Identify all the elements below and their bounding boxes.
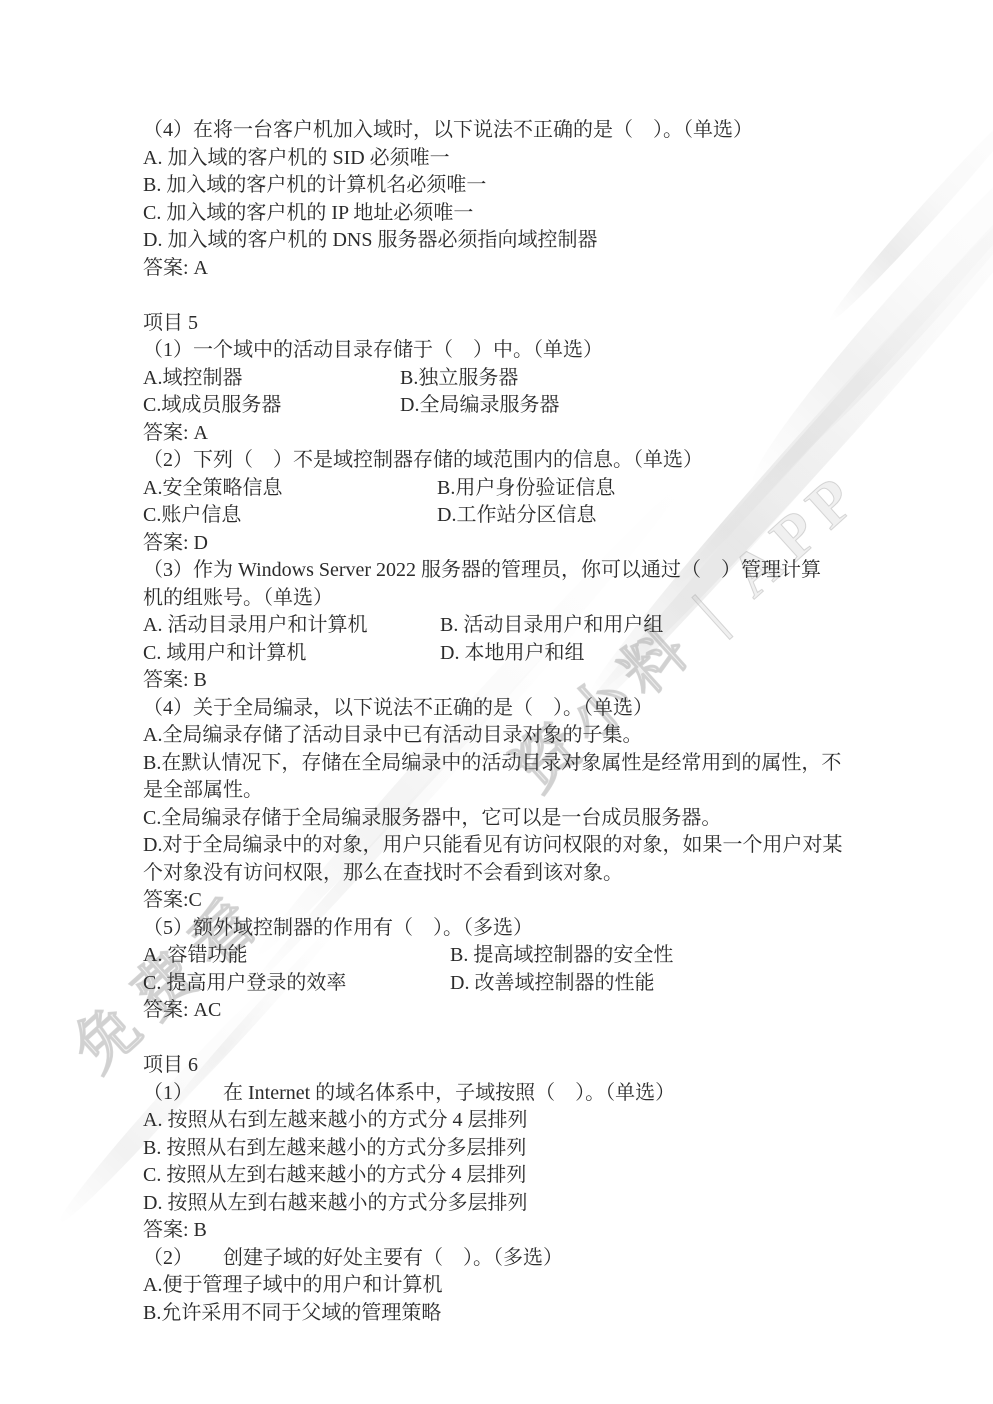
option-row: C. 提高用户登录的效率D. 改善域控制器的性能 — [143, 970, 883, 998]
text-line: 答案: A — [143, 255, 883, 283]
text-line: D. 按照从左到右越来越小的方式分多层排列 — [143, 1190, 883, 1218]
text-line: （4）关于全局编录，以下说法不正确的是（ ）。（单选） — [143, 695, 883, 723]
option-left: C.域成员服务器 — [143, 392, 400, 420]
option-row: A. 活动目录用户和计算机B. 活动目录用户和用户组 — [143, 612, 883, 640]
option-left: A.安全策略信息 — [143, 475, 437, 503]
option-right: B. 活动目录用户和用户组 — [440, 614, 663, 636]
text-line: （1） 在 Internet 的域名体系中，子域按照（ ）。（单选） — [143, 1080, 883, 1108]
text-line: B. 加入域的客户机的计算机名必须唯一 — [143, 172, 883, 200]
option-right: D. 本地用户和组 — [440, 642, 584, 664]
text-line: B.允许采用不同于父域的管理策略 — [143, 1300, 883, 1328]
text-line: B.在默认情况下，存储在全局编录中的活动目录对象属性是经常用到的属性，不 — [143, 750, 883, 778]
text-line: C.全局编录存储于全局编录服务器中，它可以是一台成员服务器。 — [143, 805, 883, 833]
text-line: 答案: D — [143, 530, 883, 558]
option-left: C. 域用户和计算机 — [143, 640, 440, 668]
text-line: D.对于全局编录中的对象，用户只能看见有访问权限的对象，如果一个用户对某 — [143, 832, 883, 860]
text-line: 答案: A — [143, 420, 883, 448]
text-line: （2） 创建子域的好处主要有（ ）。（多选） — [143, 1245, 883, 1273]
option-row: A. 容错功能B. 提高域控制器的安全性 — [143, 942, 883, 970]
text-line: （4）在将一台客户机加入域时，以下说法不正确的是（ ）。（单选） — [143, 117, 883, 145]
text-line: A.便于管理子域中的用户和计算机 — [143, 1272, 883, 1300]
document-page: 免费看 资小料 | APP （4）在将一台客户机加入域时，以下说法不正确的是（ … — [0, 0, 993, 1404]
text-line: 个对象没有访问权限，那么在查找时不会看到该对象。 — [143, 860, 883, 888]
option-right: B.独立服务器 — [400, 367, 518, 389]
text-line: A. 按照从右到左越来越小的方式分 4 层排列 — [143, 1107, 883, 1135]
text-line: 答案: B — [143, 1217, 883, 1245]
text-line: 项目 5 — [143, 310, 883, 338]
option-right: D.全局编录服务器 — [400, 394, 559, 416]
option-row: C.域成员服务器D.全局编录服务器 — [143, 392, 883, 420]
text-line: 答案: B — [143, 667, 883, 695]
text-line: C. 按照从左到右越来越小的方式分 4 层排列 — [143, 1162, 883, 1190]
text-line: 项目 6 — [143, 1052, 883, 1080]
text-line: 答案: AC — [143, 997, 883, 1025]
text-line: （3）作为 Windows Server 2022 服务器的管理员，你可以通过（… — [143, 557, 883, 585]
text-line: C. 加入域的客户机的 IP 地址必须唯一 — [143, 200, 883, 228]
text-line: （5）额外域控制器的作用有（ ）。（多选） — [143, 915, 883, 943]
text-line: A. 加入域的客户机的 SID 必须唯一 — [143, 145, 883, 173]
option-left: A. 活动目录用户和计算机 — [143, 612, 440, 640]
option-row: A.安全策略信息B.用户身份验证信息 — [143, 475, 883, 503]
text-line: 是全部属性。 — [143, 777, 883, 805]
text-line: B. 按照从右到左越来越小的方式分多层排列 — [143, 1135, 883, 1163]
option-right: B.用户身份验证信息 — [437, 477, 615, 499]
text-line: D. 加入域的客户机的 DNS 服务器必须指向域控制器 — [143, 227, 883, 255]
option-row: C. 域用户和计算机D. 本地用户和组 — [143, 640, 883, 668]
text-line: （1）一个域中的活动目录存储于（ ）中。（单选） — [143, 337, 883, 365]
document-content: （4）在将一台客户机加入域时，以下说法不正确的是（ ）。（单选）A. 加入域的客… — [143, 117, 883, 1327]
text-line: 答案:C — [143, 887, 883, 915]
option-left: A.域控制器 — [143, 365, 400, 393]
blank-line — [143, 282, 883, 310]
blank-line — [143, 1025, 883, 1053]
text-line: （2）下列（ ）不是域控制器存储的域范围内的信息。（单选） — [143, 447, 883, 475]
option-row: A.域控制器B.独立服务器 — [143, 365, 883, 393]
option-right: B. 提高域控制器的安全性 — [450, 944, 673, 966]
text-line: A.全局编录存储了活动目录中已有活动目录对象的子集。 — [143, 722, 883, 750]
option-left: C.账户信息 — [143, 502, 437, 530]
option-left: A. 容错功能 — [143, 942, 450, 970]
option-row: C.账户信息D.工作站分区信息 — [143, 502, 883, 530]
option-right: D.工作站分区信息 — [437, 504, 596, 526]
option-right: D. 改善域控制器的性能 — [450, 972, 654, 994]
text-line: 机的组账号。（单选） — [143, 585, 883, 613]
option-left: C. 提高用户登录的效率 — [143, 970, 450, 998]
